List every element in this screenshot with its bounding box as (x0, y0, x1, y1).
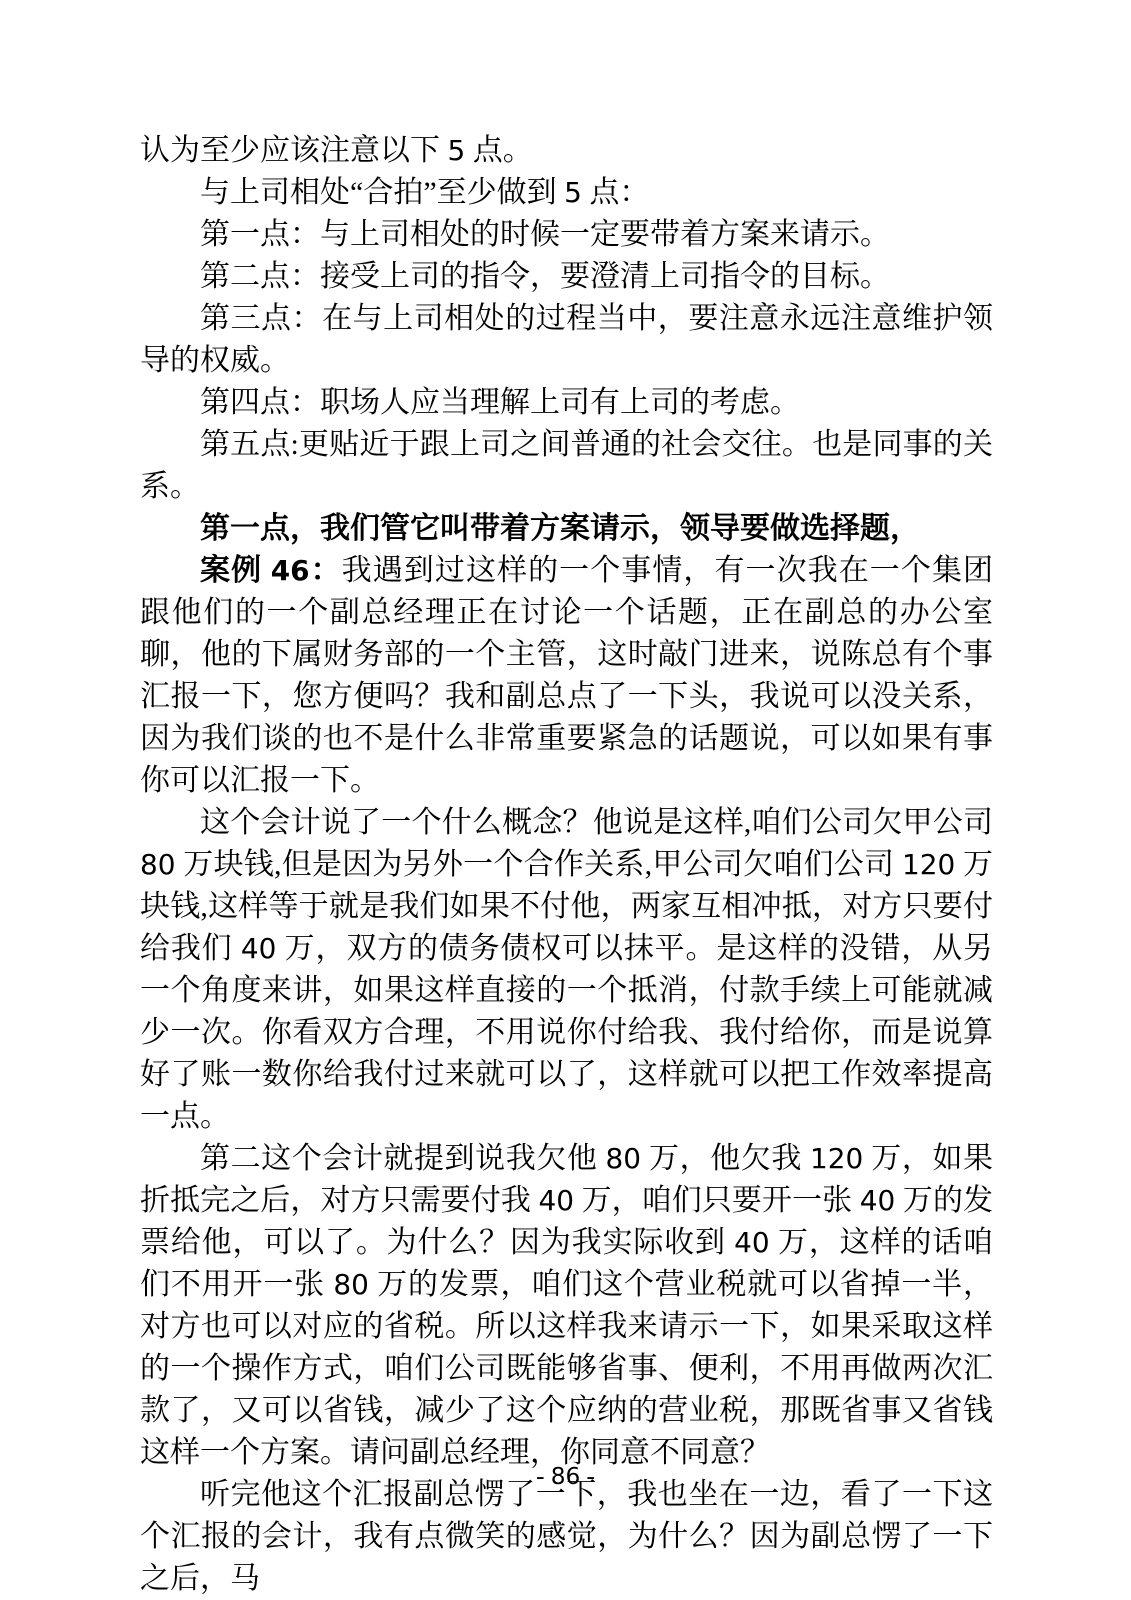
paragraph-case-46: 案例 46：我遇到过这样的一个事情，有一次我在一个集团跟他们的一个副总经理正在讨… (140, 550, 993, 802)
paragraph-text: 第一点：与上司相处的时候一定要带着方案来请示。 (200, 218, 890, 251)
case-label: 案例 46： (200, 554, 342, 587)
paragraph-11: 第二这个会计就提到说我欠他 80 万，他欠我 120 万，如果折抵完之后，对方只… (140, 1138, 993, 1474)
heading-text: 第一点，我们管它叫带着方案请示，领导要做选择题， (200, 512, 920, 545)
paragraph-1: 认为至少应该注意以下 5 点。 (140, 130, 993, 172)
paragraph-2: 与上司相处“合拍”至少做到 5 点： (140, 172, 993, 214)
paragraph-heading-bold: 第一点，我们管它叫带着方案请示，领导要做选择题， (140, 508, 993, 550)
paragraph-text: 我遇到过这样的一个事情，有一次我在一个集团跟他们的一个副总经理正在讨论一个话题，… (140, 554, 993, 797)
paragraph-text: 第五点:更贴近于跟上司之间普通的社会交往。也是同事的关系。 (140, 428, 993, 503)
document-page: 认为至少应该注意以下 5 点。 与上司相处“合拍”至少做到 5 点： 第一点：与… (0, 0, 1131, 1600)
paragraph-text: 第三点：在与上司相处的过程当中，要注意永远注意维护领导的权威。 (140, 302, 993, 377)
paragraph-4: 第二点：接受上司的指令，要澄清上司指令的目标。 (140, 256, 993, 298)
page-number: - 86 - (0, 1463, 1131, 1491)
paragraph-text: 认为至少应该注意以下 5 点。 (140, 134, 533, 167)
body-text: 认为至少应该注意以下 5 点。 与上司相处“合拍”至少做到 5 点： 第一点：与… (140, 130, 993, 1600)
paragraph-text: 第二这个会计就提到说我欠他 80 万，他欠我 120 万，如果折抵完之后，对方只… (140, 1142, 993, 1469)
paragraph-text: 这个会计说了一个什么概念？他说是这样,咱们公司欠甲公司 80 万块钱,但是因为另… (140, 806, 993, 1133)
paragraph-text: 第二点：接受上司的指令，要澄清上司指令的目标。 (200, 260, 890, 293)
paragraph-10: 这个会计说了一个什么概念？他说是这样,咱们公司欠甲公司 80 万块钱,但是因为另… (140, 802, 993, 1138)
paragraph-7: 第五点:更贴近于跟上司之间普通的社会交往。也是同事的关系。 (140, 424, 993, 508)
paragraph-6: 第四点：职场人应当理解上司有上司的考虑。 (140, 382, 993, 424)
paragraph-12: 听完他这个汇报副总愣了一下，我也坐在一边，看了一下这个汇报的会计，我有点微笑的感… (140, 1474, 993, 1600)
paragraph-text: 与上司相处“合拍”至少做到 5 点： (200, 176, 649, 209)
paragraph-3: 第一点：与上司相处的时候一定要带着方案来请示。 (140, 214, 993, 256)
paragraph-text: 听完他这个汇报副总愣了一下，我也坐在一边，看了一下这个汇报的会计，我有点微笑的感… (140, 1478, 993, 1595)
paragraph-5: 第三点：在与上司相处的过程当中，要注意永远注意维护领导的权威。 (140, 298, 993, 382)
paragraph-text: 第四点：职场人应当理解上司有上司的考虑。 (200, 386, 800, 419)
